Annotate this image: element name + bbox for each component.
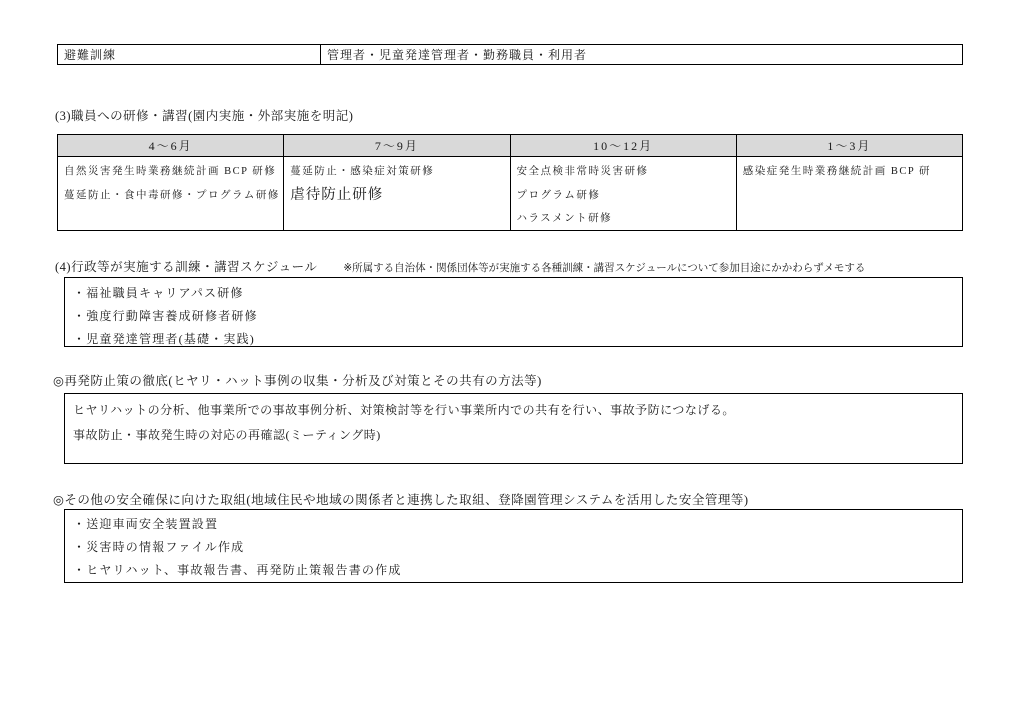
training-item: 感染症発生時業務継続計画 BCP 研	[743, 160, 958, 184]
drill-name-cell: 避難訓練	[58, 45, 321, 64]
training-item: 蔓延防止・感染症対策研修	[290, 160, 505, 184]
training-item: ハラスメント研修	[517, 207, 732, 230]
training-item: プログラム研修	[517, 184, 732, 208]
training-cell-q4: 感染症発生時業務継続計画 BCP 研	[737, 157, 962, 230]
quarter-header-q4: 1〜3月	[737, 135, 962, 156]
section3-heading: (3)職員への研修・講習(園内実施・外部実施を明記)	[55, 106, 353, 124]
recurrence-prevention-line: 事故防止・事故発生時の対応の再確認(ミーティング時)	[73, 423, 954, 448]
training-item: 蔓延防止・食中毒研修・プログラム研修	[64, 184, 279, 208]
section4-heading-text: (4)行政等が実施する訓練・講習スケジュール	[55, 260, 317, 274]
drill-participants-cell: 管理者・児童発達管理者・勤務職員・利用者	[321, 45, 962, 64]
document-page: { "colors": { "table_header_bg": "#d9d9d…	[0, 0, 1016, 701]
admin-training-item: ・強度行動障害養成研修者研修	[73, 305, 954, 328]
training-table-header-row: 4〜6月 7〜9月 10〜12月 1〜3月	[58, 135, 962, 157]
training-cell-q1: 自然災害発生時業務継続計画 BCP 研修 蔓延防止・食中毒研修・プログラム研修	[58, 157, 284, 230]
training-item: 自然災害発生時業務継続計画 BCP 研修	[64, 160, 279, 184]
training-table-body-row: 自然災害発生時業務継続計画 BCP 研修 蔓延防止・食中毒研修・プログラム研修 …	[58, 157, 962, 230]
training-cell-q2: 蔓延防止・感染症対策研修 虐待防止研修	[284, 157, 510, 230]
other-safety-item: ・送迎車両安全装置設置	[73, 513, 954, 536]
recurrence-prevention-box: ヒヤリハットの分析、他事業所での事故事例分析、対策検討等を行い事業所内での共有を…	[64, 393, 963, 464]
other-safety-heading: ◎その他の安全確保に向けた取組(地域住民や地域の関係者と連携した取組、登降園管理…	[53, 490, 749, 508]
section4-note: ※所属する自治体・関係団体等が実施する各種訓練・講習スケジュールについて参加目途…	[343, 263, 865, 274]
section4-heading: (4)行政等が実施する訓練・講習スケジュール※所属する自治体・関係団体等が実施す…	[55, 257, 865, 275]
recurrence-prevention-line: ヒヤリハットの分析、他事業所での事故事例分析、対策検討等を行い事業所内での共有を…	[73, 398, 954, 423]
staff-training-table: 4〜6月 7〜9月 10〜12月 1〜3月 自然災害発生時業務継続計画 BCP …	[57, 134, 963, 231]
admin-training-box: ・福祉職員キャリアパス研修 ・強度行動障害養成研修者研修 ・児童発達管理者(基礎…	[64, 277, 963, 347]
other-safety-item: ・災害時の情報ファイル作成	[73, 536, 954, 559]
admin-training-item: ・児童発達管理者(基礎・実践)	[73, 328, 954, 351]
training-item: 虐待防止研修	[290, 184, 505, 208]
quarter-header-q2: 7〜9月	[284, 135, 510, 156]
training-item: 安全点検非常時災害研修	[517, 160, 732, 184]
quarter-header-q1: 4〜6月	[58, 135, 284, 156]
training-cell-q3: 安全点検非常時災害研修 プログラム研修 ハラスメント研修	[511, 157, 737, 230]
evacuation-drill-table: 避難訓練 管理者・児童発達管理者・勤務職員・利用者	[57, 44, 963, 65]
quarter-header-q3: 10〜12月	[511, 135, 737, 156]
other-safety-box: ・送迎車両安全装置設置 ・災害時の情報ファイル作成 ・ヒヤリハット、事故報告書、…	[64, 509, 963, 583]
recurrence-prevention-heading: ◎再発防止策の徹底(ヒヤリ・ハット事例の収集・分析及び対策とその共有の方法等)	[53, 371, 542, 389]
other-safety-item: ・ヒヤリハット、事故報告書、再発防止策報告書の作成	[73, 559, 954, 582]
admin-training-item: ・福祉職員キャリアパス研修	[73, 282, 954, 305]
